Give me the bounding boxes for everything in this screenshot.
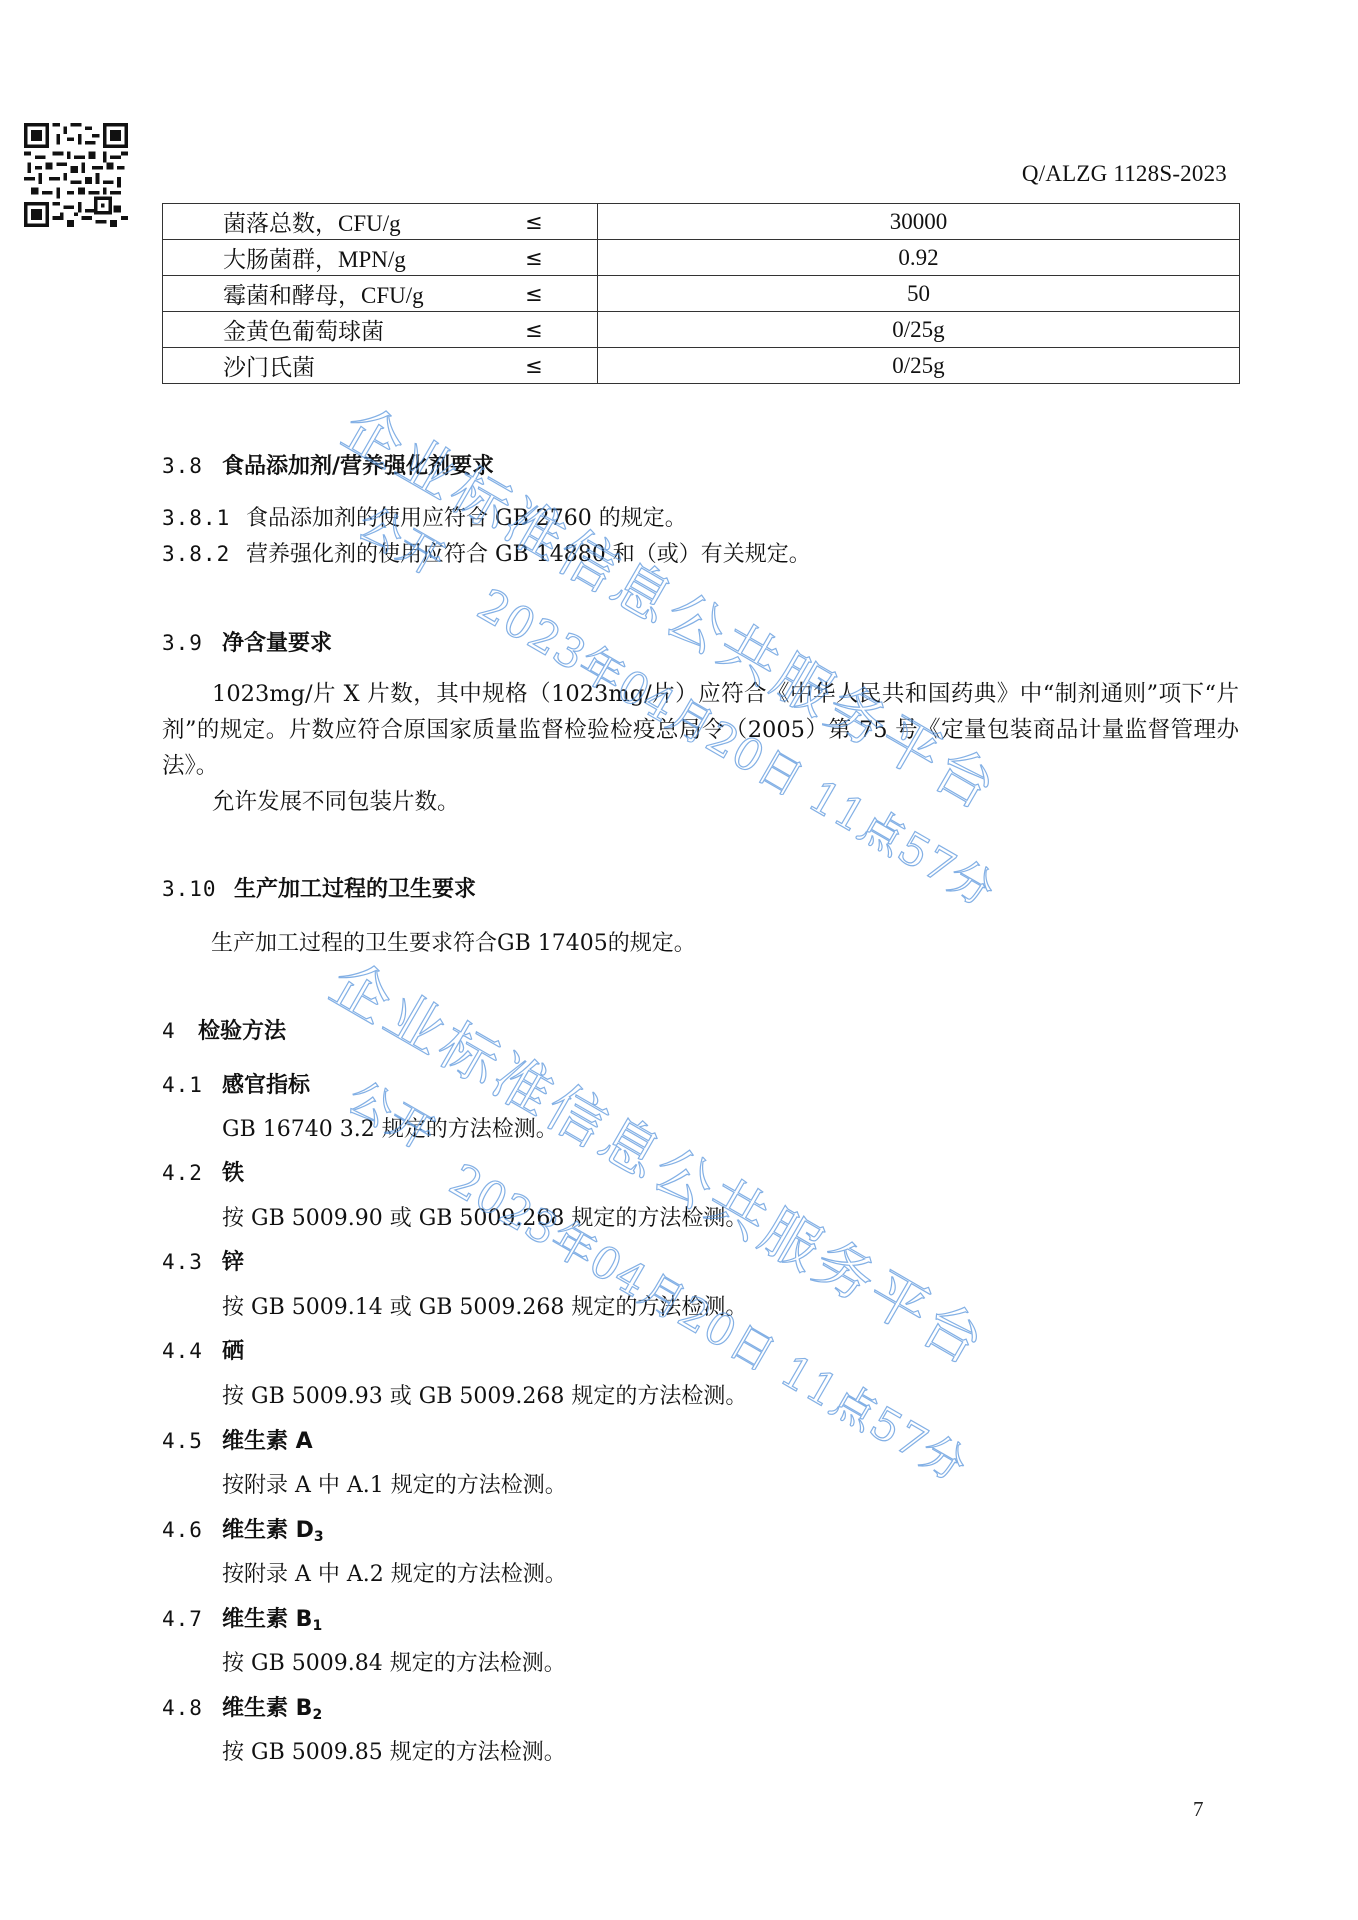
net-content-note: 允许发展不同包装片数。 (162, 784, 1239, 820)
table-cell-value: 0/25g (598, 348, 1240, 384)
table-cell-value: 0.92 (598, 240, 1240, 276)
method-4-2: 按 GB 5009.90 或 GB 5009.268 规定的方法检测。 (222, 1201, 747, 1232)
operator: ≤ (525, 318, 543, 342)
section-title: 生产加工过程的卫生要求 (234, 877, 476, 902)
method-4-7: 按 GB 5009.84 规定的方法检测。 (222, 1646, 566, 1677)
item-name: 霉菌和酵母，CFU/g (223, 276, 424, 309)
qr-code-icon (24, 123, 128, 227)
item-name: 菌落总数，CFU/g (223, 204, 401, 237)
table-cell-item: 金黄色葡萄球菌 ≤ (163, 312, 598, 348)
method-4-8: 按 GB 5009.85 规定的方法检测。 (222, 1735, 566, 1766)
table-cell-item: 菌落总数，CFU/g ≤ (163, 204, 598, 240)
section-heading-4-6: 4.6维生素 D3 (162, 1513, 324, 1545)
operator: ≤ (525, 210, 543, 234)
section-heading-3-10: 3.10生产加工过程的卫生要求 (162, 872, 476, 903)
operator: ≤ (525, 246, 543, 270)
subscript: 2 (312, 1707, 322, 1723)
item-name: 金黄色葡萄球菌 (223, 312, 384, 345)
subscript: 3 (314, 1529, 324, 1545)
table-row: 沙门氏菌 ≤ 0/25g (163, 348, 1240, 384)
hygiene-requirement-text: 生产加工过程的卫生要求符合GB 17405的规定。 (211, 926, 696, 957)
document-page: Q/ALZG 1128S-2023 菌落总数，CFU/g ≤ 30000 大肠菌… (0, 0, 1358, 1920)
section-heading-3-9: 3.9净含量要求 (162, 626, 332, 657)
section-heading-4-2: 4.2铁 (162, 1156, 244, 1187)
table-cell-value: 30000 (598, 204, 1240, 240)
table-row: 金黄色葡萄球菌 ≤ 0/25g (163, 312, 1240, 348)
operator: ≤ (525, 282, 543, 306)
table-cell-item: 霉菌和酵母，CFU/g ≤ (163, 276, 598, 312)
item-name: 沙门氏菌 (223, 348, 315, 381)
method-4-6: 按附录 A 中 A.2 规定的方法检测。 (222, 1557, 567, 1588)
method-4-5: 按附录 A 中 A.1 规定的方法检测。 (222, 1468, 567, 1499)
section-heading-3-8: 3.8食品添加剂/营养强化剂要求 (162, 449, 494, 480)
clause-3-8-2: 3.8.2营养强化剂的使用应符合 GB 14880 和（或）有关规定。 (162, 537, 811, 568)
net-content-paragraph: 1023mg/片 X 片数，其中规格（1023mg/片）应符合《中华人民共和国药… (162, 676, 1239, 784)
table-cell-item: 沙门氏菌 ≤ (163, 348, 598, 384)
table-row: 霉菌和酵母，CFU/g ≤ 50 (163, 276, 1240, 312)
table-cell-item: 大肠菌群，MPN/g ≤ (163, 240, 598, 276)
clause-3-8-1: 3.8.1食品添加剂的使用应符合 GB 2760 的规定。 (162, 501, 687, 532)
table-row: 菌落总数，CFU/g ≤ 30000 (163, 204, 1240, 240)
method-4-1: GB 16740 3.2 规定的方法检测。 (222, 1112, 558, 1143)
item-name: 大肠菌群，MPN/g (223, 240, 406, 273)
method-4-3: 按 GB 5009.14 或 GB 5009.268 规定的方法检测。 (222, 1290, 747, 1321)
page-number: 7 (1193, 1797, 1204, 1822)
section-heading-4-7: 4.7维生素 B1 (162, 1602, 322, 1634)
section-heading-4-5: 4.5维生素 A (162, 1424, 313, 1455)
section-heading-4-1: 4.1感官指标 (162, 1068, 310, 1099)
document-code: Q/ALZG 1128S-2023 (1022, 161, 1227, 187)
section-heading-4-4: 4.4硒 (162, 1334, 244, 1365)
microbiological-limits-table: 菌落总数，CFU/g ≤ 30000 大肠菌群，MPN/g ≤ 0.92 霉菌和… (162, 203, 1240, 384)
method-4-4: 按 GB 5009.93 或 GB 5009.268 规定的方法检测。 (222, 1379, 747, 1410)
section-title: 净含量要求 (222, 631, 332, 656)
operator: ≤ (525, 354, 543, 378)
section-title: 食品添加剂/营养强化剂要求 (222, 454, 494, 479)
table-cell-value: 50 (598, 276, 1240, 312)
table-cell-value: 0/25g (598, 312, 1240, 348)
section-heading-4-8: 4.8维生素 B2 (162, 1691, 322, 1723)
section-title: 检验方法 (198, 1019, 286, 1044)
section-heading-4: 4检验方法 (162, 1014, 286, 1045)
table-row: 大肠菌群，MPN/g ≤ 0.92 (163, 240, 1240, 276)
section-heading-4-3: 4.3锌 (162, 1245, 244, 1276)
subscript: 1 (312, 1618, 322, 1634)
